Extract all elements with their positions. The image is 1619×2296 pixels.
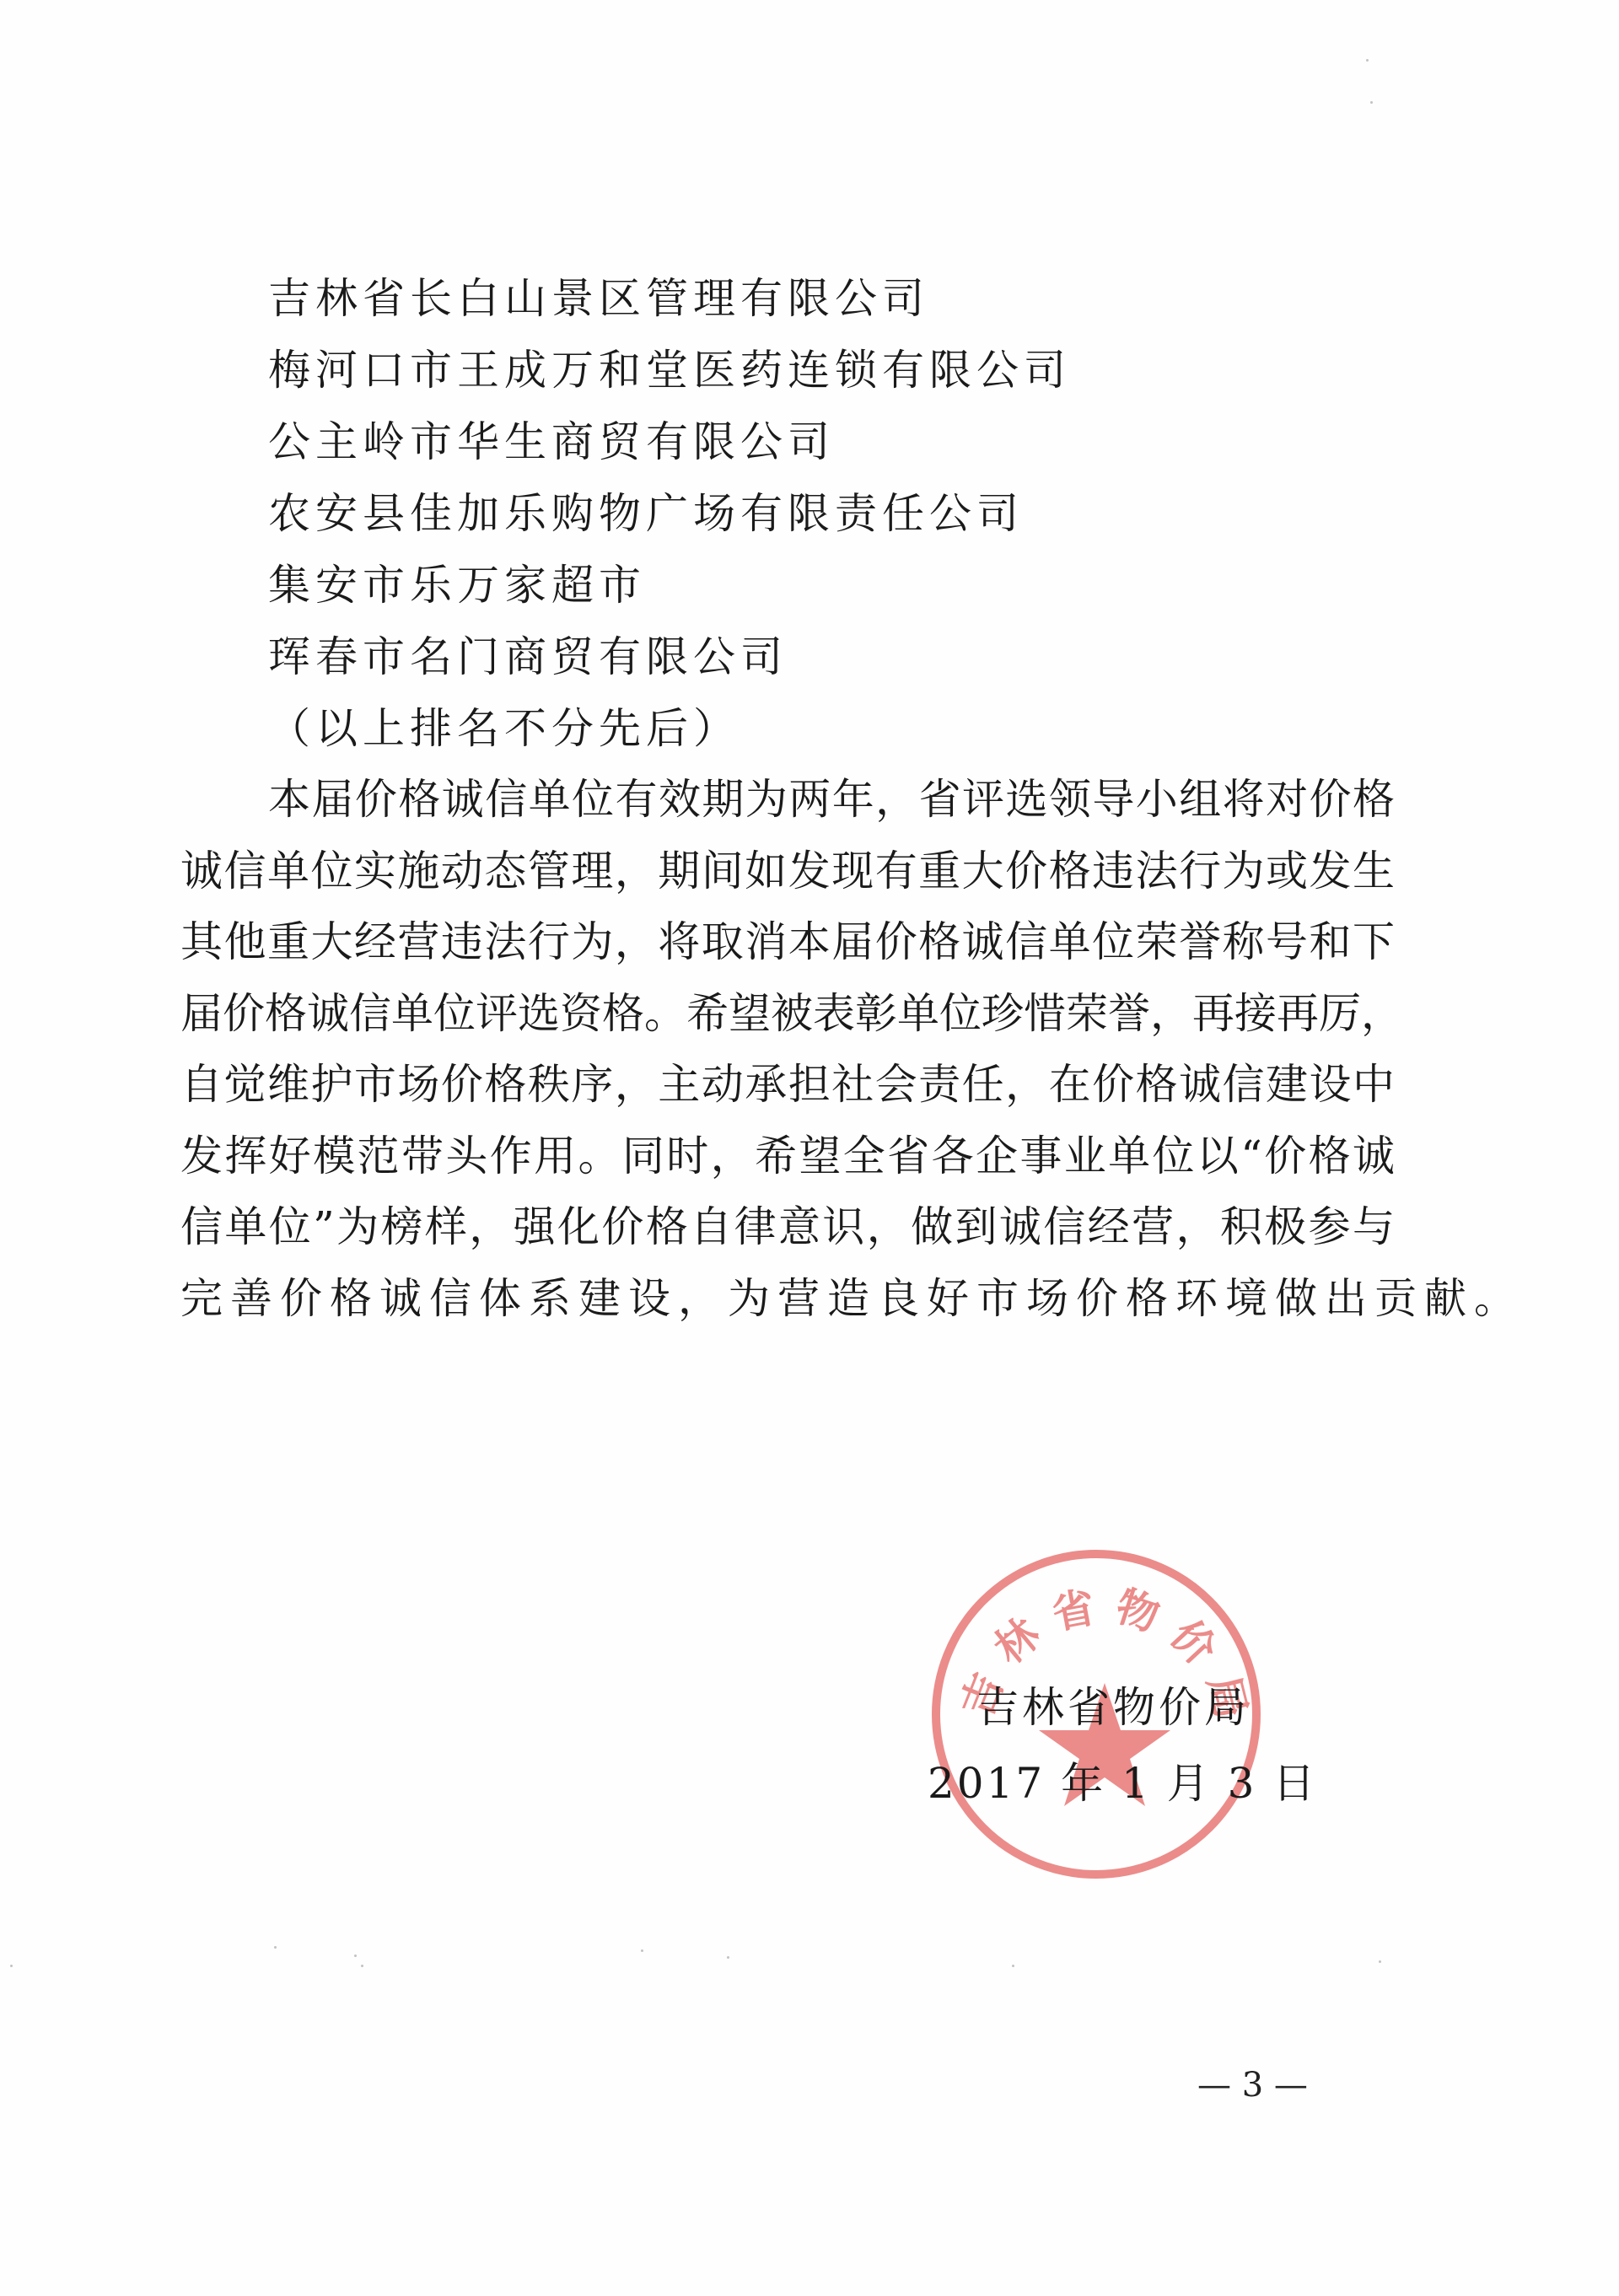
organization-item: 农安县佳加乐购物广场有限责任公司 <box>268 478 1071 550</box>
organization-item: 珲春市名门商贸有限公司 <box>268 621 1071 693</box>
paragraph-line: 信单位”为榜样，强化价格自律意识，做到诚信经营，积极参与 <box>180 1191 1395 1263</box>
paragraph-line: 诚信单位实施动态管理，期间如发现有重大价格违法行为或发生 <box>180 836 1395 907</box>
page-number: — 3 — <box>1197 2064 1308 2106</box>
issue-date: 2017 年 1 月 3 日 <box>928 1754 1317 1813</box>
honored-organization-list: 吉林省长白山景区管理有限公司 梅河口市王成万和堂医药连锁有限公司 公主岭市华生商… <box>268 263 1071 693</box>
body-paragraph: 本届价格诚信单位有效期为两年，省评选领导小组将对价格 诚信单位实施动态管理，期间… <box>180 764 1395 1334</box>
paragraph-line: 其他重大经营违法行为，将取消本届价格诚信单位荣誉称号和下 <box>180 906 1395 978</box>
paragraph-line: 自觉维护市场价格秩序，主动承担社会责任，在价格诚信建设中 <box>180 1049 1395 1121</box>
paragraph-line: 发挥好模范带头作用。同时，希望全省各企事业单位以“价格诚 <box>180 1121 1395 1192</box>
organization-item: 集安市乐万家超市 <box>268 550 1071 621</box>
paragraph-line: 完善价格诚信体系建设，为营造良好市场价格环境做出贡献。 <box>180 1263 1395 1335</box>
paragraph-line: 届价格诚信单位评选资格。希望被表彰单位珍惜荣誉，再接再厉， <box>180 978 1395 1050</box>
issuer-signature: 吉林省物价局 <box>976 1678 1250 1737</box>
document-page: 吉林省长白山景区管理有限公司 梅河口市王成万和堂医药连锁有限公司 公主岭市华生商… <box>0 0 1619 2296</box>
organization-item: 梅河口市王成万和堂医药连锁有限公司 <box>268 335 1071 406</box>
paragraph-line: 本届价格诚信单位有效期为两年，省评选领导小组将对价格 <box>180 764 1395 836</box>
organization-item: 吉林省长白山景区管理有限公司 <box>268 263 1071 335</box>
organization-item: 公主岭市华生商贸有限公司 <box>268 406 1071 478</box>
ranking-note: （以上排名不分先后） <box>268 693 740 765</box>
